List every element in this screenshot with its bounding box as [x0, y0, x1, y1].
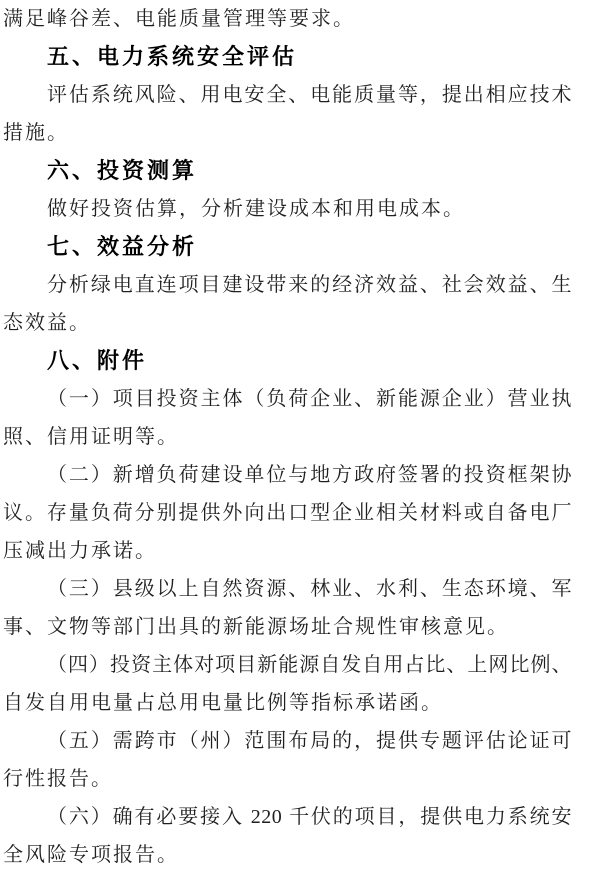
text-line: 事、文物等部门出具的新能源场址合规性审核意见。 — [3, 608, 572, 646]
section-5-heading: 五、电力系统安全评估 — [3, 38, 572, 76]
text-line: 自发自用电量占总用电量比例等指标承诺函。 — [3, 684, 572, 722]
text-line: 行性报告。 — [3, 760, 572, 798]
text-line: （六）确有必要接入 220 千伏的项目，提供电力系统安 — [3, 798, 572, 836]
section-8-heading: 八、附件 — [3, 342, 572, 380]
text-line: 措施。 — [3, 114, 572, 152]
text-line: 压减出力承诺。 — [3, 532, 572, 570]
text-line: （一）项目投资主体（负荷企业、新能源企业）营业执 — [3, 380, 572, 418]
text-line: 分析绿电直连项目建设带来的经济效益、社会效益、生 — [3, 266, 572, 304]
text-line: 满足峰谷差、电能质量管理等要求。 — [3, 0, 572, 38]
text-line: （五）需跨市（州）范围布局的，提供专题评估论证可 — [3, 722, 572, 760]
text-line: （三）县级以上自然资源、林业、水利、生态环境、军 — [3, 570, 572, 608]
text-line: 做好投资估算，分析建设成本和用电成本。 — [3, 190, 572, 228]
section-6-heading: 六、投资测算 — [3, 152, 572, 190]
document-page: 满足峰谷差、电能质量管理等要求。 五、电力系统安全评估 评估系统风险、用电安全、… — [0, 0, 605, 889]
text-line: 评估系统风险、用电安全、电能质量等，提出相应技术 — [3, 76, 572, 114]
text-line: （二）新增负荷建设单位与地方政府签署的投资框架协 — [3, 456, 572, 494]
section-7-heading: 七、效益分析 — [3, 228, 572, 266]
text-line: 全风险专项报告。 — [3, 836, 572, 874]
text-column: 满足峰谷差、电能质量管理等要求。 五、电力系统安全评估 评估系统风险、用电安全、… — [0, 0, 605, 889]
text-line: 议。存量负荷分别提供外向出口型企业相关材料或自备电厂 — [3, 494, 572, 532]
text-line: 照、信用证明等。 — [3, 418, 572, 456]
text-line: 态效益。 — [3, 304, 572, 342]
text-line: （四）投资主体对项目新能源自发自用占比、上网比例、 — [3, 646, 572, 684]
